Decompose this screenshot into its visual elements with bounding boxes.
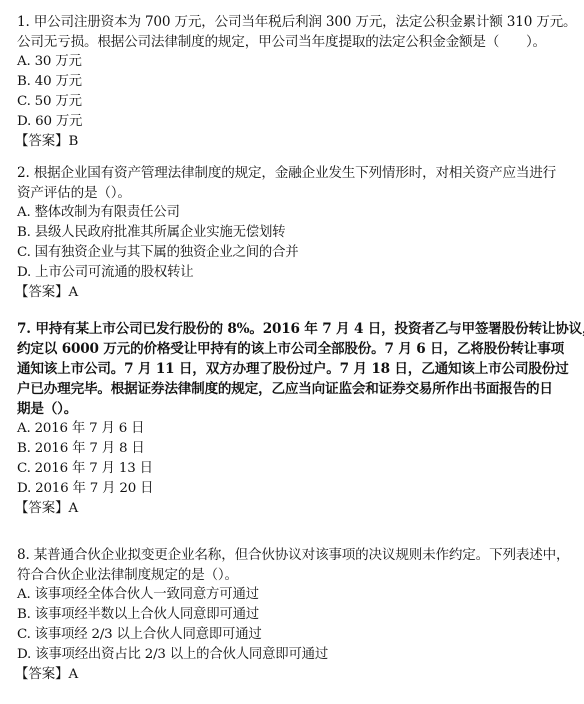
exam-document: 1. 甲公司注册资本为 700 万元，公司当年税后利润 300 万元，法定公积金…	[0, 0, 584, 704]
option-c: C. 该事项经 2/3 以上合伙人同意即可通过	[17, 625, 581, 645]
option-a: A. 2016 年 7 月 6 日	[17, 419, 581, 439]
stem-line: 资产评估的是（）。	[17, 183, 581, 203]
answer-line: 【答案】A	[15, 499, 581, 519]
question-8: 8. 某普通合伙企业拟变更企业名称，但合伙协议对该事项的决议规则未作约定。下列表…	[17, 545, 581, 685]
stem-line: 8. 某普通合伙企业拟变更企业名称，但合伙协议对该事项的决议规则未作约定。下列表…	[17, 545, 581, 565]
stem-line: 2. 根据企业国有资产管理法律制度的规定，金融企业发生下列情形时，对相关资产应当…	[17, 163, 581, 183]
answer-line: 【答案】A	[15, 283, 581, 303]
stem-line: 符合合伙企业法律制度规定的是（）。	[17, 565, 581, 585]
question-1: 1. 甲公司注册资本为 700 万元，公司当年税后利润 300 万元，法定公积金…	[17, 12, 581, 152]
option-b: B. 40 万元	[17, 72, 581, 92]
question-stem: 1. 甲公司注册资本为 700 万元，公司当年税后利润 300 万元，法定公积金…	[17, 12, 581, 52]
stem-line: 通知该上市公司。7 月 11 日，双方办理了股份过户。7 月 18 日，乙通知该…	[17, 359, 581, 379]
question-2: 2. 根据企业国有资产管理法律制度的规定，金融企业发生下列情形时，对相关资产应当…	[17, 163, 581, 303]
option-list: A. 30 万元 B. 40 万元 C. 50 万元 D. 60 万元	[17, 52, 581, 132]
option-d: D. 该事项经出资占比 2/3 以上的合伙人同意即可通过	[17, 645, 581, 665]
option-c: C. 2016 年 7 月 13 日	[17, 459, 581, 479]
option-list: A. 整体改制为有限责任公司 B. 县级人民政府批准其所属企业实施无偿划转 C.…	[17, 203, 581, 283]
question-stem: 2. 根据企业国有资产管理法律制度的规定，金融企业发生下列情形时，对相关资产应当…	[17, 163, 581, 203]
option-c: C. 国有独资企业与其下属的独资企业之间的合并	[17, 243, 581, 263]
option-b: B. 该事项经半数以上合伙人同意即可通过	[17, 605, 581, 625]
option-b: B. 县级人民政府批准其所属企业实施无偿划转	[17, 223, 581, 243]
option-a: A. 该事项经全体合伙人一致同意方可通过	[17, 585, 581, 605]
question-stem: 7. 甲持有某上市公司已发行股份的 8%。2016 年 7 月 4 日，投资者乙…	[17, 319, 581, 419]
stem-line: 7. 甲持有某上市公司已发行股份的 8%。2016 年 7 月 4 日，投资者乙…	[17, 319, 581, 339]
option-list: A. 该事项经全体合伙人一致同意方可通过 B. 该事项经半数以上合伙人同意即可通…	[17, 585, 581, 665]
option-a: A. 30 万元	[17, 52, 581, 72]
option-c: C. 50 万元	[17, 92, 581, 112]
answer-line: 【答案】B	[15, 132, 581, 152]
question-stem: 8. 某普通合伙企业拟变更企业名称，但合伙协议对该事项的决议规则未作约定。下列表…	[17, 545, 581, 585]
option-a: A. 整体改制为有限责任公司	[17, 203, 581, 223]
option-d: D. 60 万元	[17, 112, 581, 132]
stem-line: 公司无亏损。根据公司法律制度的规定，甲公司当年度提取的法定公积金金额是（ ）。	[17, 32, 581, 52]
question-7: 7. 甲持有某上市公司已发行股份的 8%。2016 年 7 月 4 日，投资者乙…	[17, 319, 581, 519]
stem-line: 户已办理完毕。根据证券法律制度的规定，乙应当向证监会和证券交易所作出书面报告的日	[17, 379, 581, 399]
stem-line: 约定以 6000 万元的价格受让甲持有的该上市公司全部股份。7 月 6 日，乙将…	[17, 339, 581, 359]
option-d: D. 上市公司可流通的股权转让	[17, 263, 581, 283]
option-d: D. 2016 年 7 月 20 日	[17, 479, 581, 499]
option-b: B. 2016 年 7 月 8 日	[17, 439, 581, 459]
answer-line: 【答案】A	[15, 665, 581, 685]
stem-line: 1. 甲公司注册资本为 700 万元，公司当年税后利润 300 万元，法定公积金…	[17, 12, 581, 32]
stem-line: 期是（）。	[17, 399, 581, 419]
option-list: A. 2016 年 7 月 6 日 B. 2016 年 7 月 8 日 C. 2…	[17, 419, 581, 499]
